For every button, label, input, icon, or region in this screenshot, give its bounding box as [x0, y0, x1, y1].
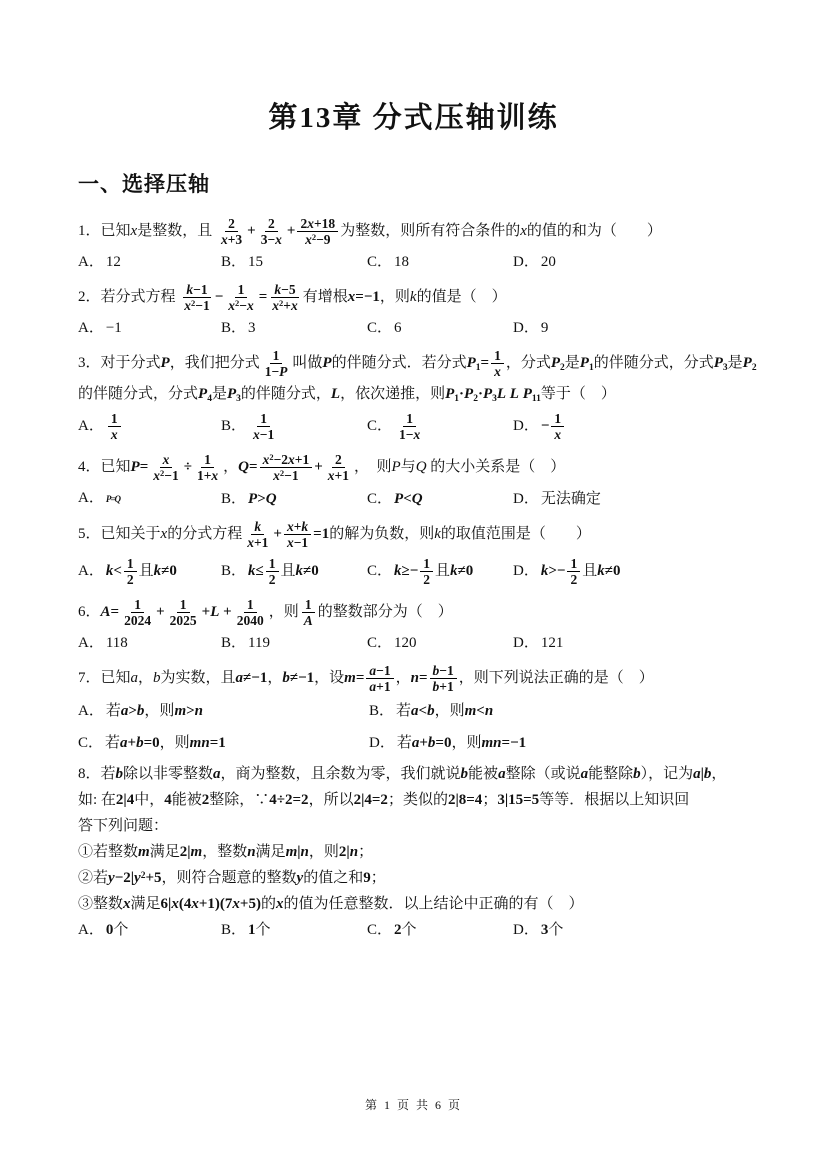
text-run: 有增根 [303, 289, 348, 305]
fraction-numerator: k−1 [183, 282, 210, 298]
text-run: 若 [396, 703, 411, 719]
question-3: 3．对于分式P，我们把分式11−P叫做P的伴随分式．若分式P1=1x，分式P2是… [78, 348, 749, 442]
text-run: 的值是（ ） [417, 289, 507, 305]
text-run: ， [138, 670, 153, 686]
fraction: 12 [420, 556, 433, 587]
option-label: C． [367, 254, 392, 270]
option-label: B． [221, 635, 246, 651]
math-expr: b [461, 766, 469, 782]
options-row: A．118B．119C．120D．121 [78, 634, 749, 653]
option-C: C．k≥−12且k≠0 [367, 556, 513, 587]
option-label: D． [369, 735, 395, 751]
math-expr: P<Q [394, 491, 423, 507]
text-run: 满足 [150, 844, 180, 860]
math-expr: a [131, 670, 139, 686]
page-content: 第13章 分式压轴训练 一、选择压轴 1．已知x是整数，且 2x+3+23−x+… [0, 0, 827, 940]
text-run: 的大小关系是（ ） [427, 459, 566, 475]
question-line: 6．A=12024+12025+L +12040，则1A的整数部分为（ ） [78, 597, 749, 628]
fraction: a−1a+1 [366, 663, 393, 694]
fraction-denominator: 2 [420, 572, 433, 587]
fraction-numerator: x+k [284, 519, 311, 535]
text-run: 如: 在 [78, 792, 116, 808]
option-label: A． [78, 320, 104, 336]
option-B: B．P>Q [221, 490, 367, 509]
math-expr: b [116, 766, 124, 782]
math-expr: + [247, 223, 256, 239]
fraction-numerator: 1 [257, 411, 270, 427]
option-label: B． [221, 563, 246, 579]
fraction-numerator: b−1 [430, 663, 457, 679]
question-line: ②若y−2|y2+5，则符合题意的整数y的值之和9； [78, 867, 749, 889]
fraction: k−5x2+x [269, 282, 300, 313]
fraction-numerator: a−1 [366, 663, 393, 679]
fraction-numerator: 1 [403, 411, 416, 427]
math-expr: m [138, 844, 150, 860]
math-expr: k≠0 [597, 563, 620, 579]
text-run: 与 [401, 459, 416, 475]
text-run: 是 [212, 386, 227, 402]
text-run: 119 [248, 635, 270, 651]
option-label: C． [367, 491, 392, 507]
math-expr: mn=1 [190, 735, 226, 751]
text-run: ；类似的 [388, 792, 448, 808]
question-line: 4．已知P=xx2−1÷11+x，Q=x2−2x+1x2−1+2x+1， 则P与… [78, 452, 749, 483]
option-D: D．k>−12且k≠0 [513, 556, 749, 587]
fraction-denominator: x2−9 [302, 232, 333, 247]
math-expr: a|b [693, 766, 711, 782]
text-run: 为整数，则所有符合条件的 [340, 223, 520, 239]
fraction-numerator: x2−2x+1 [260, 452, 313, 468]
option-D: D．若a+b=0，则mn=−1 [369, 734, 749, 753]
fraction-numerator: 1 [244, 597, 257, 613]
math-expr: a+b=0 [412, 735, 452, 751]
text-run: 7．已知 [78, 670, 131, 686]
fraction-denominator: x2+x [269, 298, 300, 313]
option-C: C．2个 [367, 921, 513, 940]
fraction-numerator: 1 [201, 452, 214, 468]
text-run: ， [711, 766, 726, 782]
text-run: 的取值范围是（ ） [441, 526, 591, 542]
option-label: B． [221, 320, 246, 336]
math-expr: a<b [411, 703, 435, 719]
math-expr: n= [411, 670, 428, 686]
text-run: 120 [394, 635, 417, 651]
fraction: 1x2−x [225, 282, 256, 313]
math-expr: b [153, 670, 161, 686]
fraction: 12 [124, 556, 137, 587]
math-expr: P=Q [106, 494, 120, 504]
fraction: 23−x [258, 216, 285, 247]
fraction-denominator: x [108, 427, 121, 442]
text-run: 121 [541, 635, 564, 651]
math-expr: k≠0 [154, 563, 177, 579]
fraction: 12 [567, 556, 580, 587]
text-run: ，则 [160, 735, 190, 751]
math-expr: 1 [248, 922, 256, 938]
option-label: D． [513, 418, 539, 434]
option-A: A．0个 [78, 921, 221, 940]
text-run: ， 则 [354, 459, 392, 475]
fraction-denominator: x+1 [244, 535, 271, 550]
text-run: 的 [261, 896, 276, 912]
text-run: 6． [78, 604, 101, 620]
math-expr: P3 [714, 355, 728, 371]
question-8: 8．若b除以非零整数a，商为整数，且余数为零，我们就说b能被a整除（或说a能整除… [78, 763, 749, 940]
math-expr: 2|n [339, 844, 358, 860]
option-C: C．11−x [367, 411, 513, 442]
text-run: ，设 [314, 670, 344, 686]
text-run: 等等．根据以上知识回 [539, 792, 689, 808]
math-expr: =1 [313, 526, 329, 542]
text-run: 满足 [131, 896, 161, 912]
option-label: A． [78, 490, 104, 506]
fraction-denominator: x+3 [218, 232, 245, 247]
fraction-numerator: 2 [332, 452, 345, 468]
fraction-numerator: 1 [420, 556, 433, 572]
text-run: ， [396, 670, 411, 686]
math-expr: mn=−1 [482, 735, 527, 751]
questions-list: 1．已知x是整数，且 2x+3+23−x+2x+18x2−9为整数，则所有符合条… [78, 216, 749, 940]
fraction: 2x+18x2−9 [297, 216, 338, 247]
option-label: C． [367, 320, 392, 336]
text-run: 中， [134, 792, 164, 808]
fraction-denominator: x2−1 [270, 468, 301, 483]
math-expr: P [161, 355, 170, 371]
text-run: 能被 [172, 792, 202, 808]
math-expr: 2 [394, 922, 402, 938]
math-expr: x [520, 223, 527, 239]
option-label: D． [513, 491, 539, 507]
option-A: A．若a>b，则m>n [78, 702, 369, 721]
question-line: 5．已知关于x的分式方程kx+1+x+kx−1=1的解为负数，则k的取值范围是（… [78, 519, 749, 550]
text-run: 的伴随分式， [241, 386, 331, 402]
option-B: B．119 [221, 634, 367, 653]
text-run: ，则 [309, 844, 339, 860]
text-run: 的伴随分式．若分式 [332, 355, 467, 371]
math-expr: Q= [238, 459, 257, 475]
math-expr: 2|4 [116, 792, 134, 808]
question-line: 答下列问题： [78, 815, 749, 837]
document-title: 第13章 分式压轴训练 [78, 98, 749, 138]
text-run: 个 [256, 922, 271, 938]
option-label: A． [78, 254, 104, 270]
text-run: 18 [394, 254, 409, 270]
section-heading: 一、选择压轴 [78, 168, 749, 198]
text-run: 的伴随分式，分式 [594, 355, 714, 371]
option-D: D．9 [513, 319, 749, 338]
fraction-numerator: 1 [567, 556, 580, 572]
math-expr: P4 [198, 386, 212, 402]
math-expr: b [633, 766, 641, 782]
text-run: 是 [728, 355, 743, 371]
text-run: 12 [106, 254, 121, 270]
fraction: x+kx−1 [284, 519, 311, 550]
text-run: ②若 [78, 870, 108, 886]
question-line: 7．已知a，b为实数，且a≠−1，b≠−1，设m=a−1a+1，n=b−1b+1… [78, 663, 749, 694]
math-expr: a [213, 766, 221, 782]
fraction: 2x+3 [218, 216, 245, 247]
text-run: 118 [106, 635, 128, 651]
math-expr: k≤ [248, 563, 264, 579]
math-expr: a+b=0 [120, 735, 160, 751]
fraction-numerator: 1 [270, 348, 283, 364]
math-expr: k< [106, 563, 122, 579]
text-run: 能被 [468, 766, 498, 782]
text-run: ； [358, 844, 373, 860]
fraction: 1x [551, 411, 564, 442]
text-run: 个 [402, 922, 417, 938]
text-run: ， [267, 670, 282, 686]
fraction-denominator: 3−x [258, 232, 285, 247]
option-label: C． [367, 418, 392, 434]
fraction: 12024 [121, 597, 154, 628]
text-run: 是整数，且 [137, 223, 216, 239]
fraction-numerator: k [251, 519, 264, 535]
math-expr: + [287, 223, 296, 239]
text-run: ，则 [269, 604, 299, 620]
text-run: 且 [139, 563, 154, 579]
text-run: 的值之和 [303, 870, 363, 886]
text-run: 的值为任意整数．以上结论中正确的有（ ） [283, 896, 583, 912]
math-expr: 6|x(4x+1)(7x+5) [161, 896, 261, 912]
option-D: D．20 [513, 253, 749, 272]
math-expr: k≠0 [296, 563, 319, 579]
math-expr: k≠0 [450, 563, 473, 579]
fraction: 2x+1 [325, 452, 352, 483]
math-expr: 2|4=2 [354, 792, 388, 808]
question-6: 6．A=12024+12025+L +12040，则1A的整数部分为（ ）A．1… [78, 597, 749, 653]
text-run: ， [223, 459, 238, 475]
fraction-denominator: x−1 [284, 535, 311, 550]
page-footer: 第 1 页 共 6 页 [0, 1096, 827, 1113]
option-D: D．121 [513, 634, 749, 653]
options-row: A．k<12且k≠0B．k≤12且k≠0C．k≥−12且k≠0D．k>−12且k… [78, 556, 749, 587]
fraction: 11+x [194, 452, 221, 483]
math-expr: P>Q [248, 491, 277, 507]
fraction-denominator: a+1 [366, 679, 393, 694]
text-run: ，则下列说法正确的是（ ） [459, 670, 654, 686]
math-expr: 3|15=5 [497, 792, 539, 808]
text-run: 为实数，且 [161, 670, 236, 686]
question-1: 1．已知x是整数，且 2x+3+23−x+2x+18x2−9为整数，则所有符合条… [78, 216, 749, 272]
math-expr: L [331, 386, 340, 402]
text-run: 的整数部分为（ ） [318, 604, 453, 620]
fraction-numerator: 1 [124, 556, 137, 572]
text-run: 的值的和为（ ） [527, 223, 662, 239]
option-A: A．P=Q [78, 489, 221, 509]
option-label: A． [78, 563, 104, 579]
text-run: 3 [248, 320, 256, 336]
option-B: B．3 [221, 319, 367, 338]
text-run: ，所以 [309, 792, 354, 808]
math-expr: = [259, 289, 268, 305]
question-line: 8．若b除以非零整数a，商为整数，且余数为零，我们就说b能被a整除（或说a能整除… [78, 763, 749, 785]
text-run: 是 [565, 355, 580, 371]
question-line: 3．对于分式P，我们把分式11−P叫做P的伴随分式．若分式P1=1x，分式P2是… [78, 348, 749, 379]
fraction-numerator: 1 [551, 411, 564, 427]
fraction-denominator: x+1 [325, 468, 352, 483]
option-C: C．120 [367, 634, 513, 653]
text-run: ，商为整数，且余数为零，我们就说 [221, 766, 461, 782]
math-expr: m<n [465, 703, 494, 719]
math-expr: P1 [580, 355, 594, 371]
text-run: 且 [435, 563, 450, 579]
option-label: B． [221, 254, 246, 270]
question-line: ①若整数m满足2|m，整数n满足m|n，则2|n； [78, 841, 749, 863]
question-line: 1．已知x是整数，且 2x+3+23−x+2x+18x2−9为整数，则所有符合条… [78, 216, 749, 247]
text-run: 9 [541, 320, 549, 336]
text-run: 且 [281, 563, 296, 579]
math-expr: + [156, 604, 165, 620]
options-row: A．若a>b，则m>nB．若a<b，则m<nC．若a+b=0，则mn=1D．若a… [78, 702, 749, 753]
text-run: ，则 [435, 703, 465, 719]
option-D: D．3个 [513, 921, 749, 940]
text-run: 满足 [256, 844, 286, 860]
option-label: C． [78, 735, 103, 751]
math-expr: a [498, 766, 506, 782]
fraction: 1A [301, 597, 316, 628]
option-label: D． [513, 254, 539, 270]
fraction: 11−x [396, 411, 423, 442]
math-expr: 4 [164, 792, 172, 808]
math-expr: a [581, 766, 589, 782]
text-run: 个 [548, 922, 563, 938]
option-A: A．k<12且k≠0 [78, 556, 221, 587]
text-run: ； [482, 792, 497, 808]
option-label: A． [78, 922, 104, 938]
text-run: 8．若 [78, 766, 116, 782]
text-run: ，整数 [202, 844, 247, 860]
math-expr: 9 [363, 870, 371, 886]
text-run: 个 [113, 922, 128, 938]
option-A: A．118 [78, 634, 221, 653]
fraction-denominator: 1+x [194, 468, 221, 483]
text-run: 的分式方程 [167, 526, 242, 542]
math-expr: m>n [174, 703, 203, 719]
text-run: 4．已知 [78, 459, 131, 475]
math-expr: x [123, 896, 131, 912]
option-C: C．18 [367, 253, 513, 272]
text-run: ，分式 [506, 355, 551, 371]
question-line: 2．若分式方程 k−1x2−1−1x2−x=k−5x2+x有增根x=−1，则k的… [78, 282, 749, 313]
fraction-numerator: k−5 [271, 282, 298, 298]
option-label: D． [513, 320, 539, 336]
fraction: 12 [266, 556, 279, 587]
fraction-numerator: 2 [225, 216, 238, 232]
question-4: 4．已知P=xx2−1÷11+x，Q=x2−2x+1x2−1+2x+1， 则P与… [78, 452, 749, 509]
text-run: 无法确定 [541, 491, 601, 507]
fraction: 11−P [262, 348, 291, 379]
fraction-numerator: 2 [265, 216, 278, 232]
fraction-numerator: 1 [266, 556, 279, 572]
fraction: 12025 [167, 597, 200, 628]
fraction-denominator: x2−x [225, 298, 256, 313]
fraction: 12040 [234, 597, 267, 628]
option-label: A． [78, 703, 104, 719]
option-label: C． [367, 922, 392, 938]
text-run: ，则 [380, 289, 410, 305]
math-expr: P [322, 355, 331, 371]
fraction: 1x−1 [250, 411, 277, 442]
math-expr: P2 [743, 355, 757, 371]
math-expr: n [247, 844, 255, 860]
option-label: B． [369, 703, 394, 719]
text-run: 且 [582, 563, 597, 579]
option-label: B． [221, 418, 246, 434]
math-expr: − [541, 418, 550, 434]
fraction-denominator: x2−1 [181, 298, 212, 313]
question-line: 的伴随分式，分式P4是P3的伴随分式，L，依次递推，则P1·P2·P3L L P… [78, 383, 749, 405]
question-2: 2．若分式方程 k−1x2−1−1x2−x=k−5x2+x有增根x=−1，则k的… [78, 282, 749, 338]
option-D: D．无法确定 [513, 490, 749, 509]
math-expr: 4÷2=2 [269, 792, 308, 808]
math-expr: + [273, 526, 282, 542]
option-C: C．若a+b=0，则mn=1 [78, 734, 369, 753]
math-expr: k>− [541, 563, 566, 579]
math-expr: a≠−1 [236, 670, 268, 686]
option-B: B．15 [221, 253, 367, 272]
math-expr: k [434, 526, 441, 542]
text-run: 叫做 [292, 355, 322, 371]
option-label: D． [513, 563, 539, 579]
text-run: ①若整数 [78, 844, 138, 860]
math-expr: + [314, 459, 323, 475]
document-page: 第13章 分式压轴训练 一、选择压轴 1．已知x是整数，且 2x+3+23−x+… [0, 0, 827, 1169]
fraction-denominator: x2−1 [150, 468, 181, 483]
options-row: A．1xB．1x−1C．11−xD．−1x [78, 411, 749, 442]
options-row: A．0个B．1个C．2个D．3个 [78, 921, 749, 940]
math-expr: a>b [121, 703, 145, 719]
option-A: A．12 [78, 253, 221, 272]
option-label: B． [221, 922, 246, 938]
fraction: x2−2x+1x2−1 [260, 452, 313, 483]
fraction: 1x [108, 411, 121, 442]
fraction-denominator: 2 [124, 572, 137, 587]
text-run: 若 [397, 735, 412, 751]
math-expr: m|n [286, 844, 309, 860]
text-run: 的伴随分式，分式 [78, 386, 198, 402]
text-run: 除以非零整数 [123, 766, 213, 782]
fraction-denominator: x [491, 364, 504, 379]
fraction-denominator: 2024 [121, 613, 154, 628]
math-expr: +L + [202, 604, 232, 620]
text-run: 1．已知 [78, 223, 131, 239]
fraction-denominator: b+1 [430, 679, 457, 694]
math-expr: ÷ [184, 459, 192, 475]
text-run: 20 [541, 254, 556, 270]
option-B: B．1x−1 [221, 411, 367, 442]
text-run: 若 [106, 703, 121, 719]
fraction-numerator: 1 [235, 282, 248, 298]
fraction: b−1b+1 [430, 663, 457, 694]
text-run: ，依次递推，则 [340, 386, 445, 402]
question-line: ③整数x满足6|x(4x+1)(7x+5)的x的值为任意整数．以上结论中正确的有… [78, 893, 749, 915]
question-7: 7．已知a，b为实数，且a≠−1，b≠−1，设m=a−1a+1，n=b−1b+1… [78, 663, 749, 753]
math-expr: P3 [227, 386, 241, 402]
text-run: 若 [105, 735, 120, 751]
text-run: 3．对于分式 [78, 355, 161, 371]
fraction: 1x [491, 348, 504, 379]
text-run: 2．若分式方程 [78, 289, 179, 305]
fraction-denominator: 2 [567, 572, 580, 587]
math-expr: k≥− [394, 563, 418, 579]
option-label: D． [513, 922, 539, 938]
option-A: A．1x [78, 411, 221, 442]
option-B: B．若a<b，则m<n [369, 702, 749, 721]
fraction-denominator: x−1 [250, 427, 277, 442]
math-expr: P1·P2·P3L L P11 [445, 386, 541, 402]
math-expr: 2|m [180, 844, 202, 860]
